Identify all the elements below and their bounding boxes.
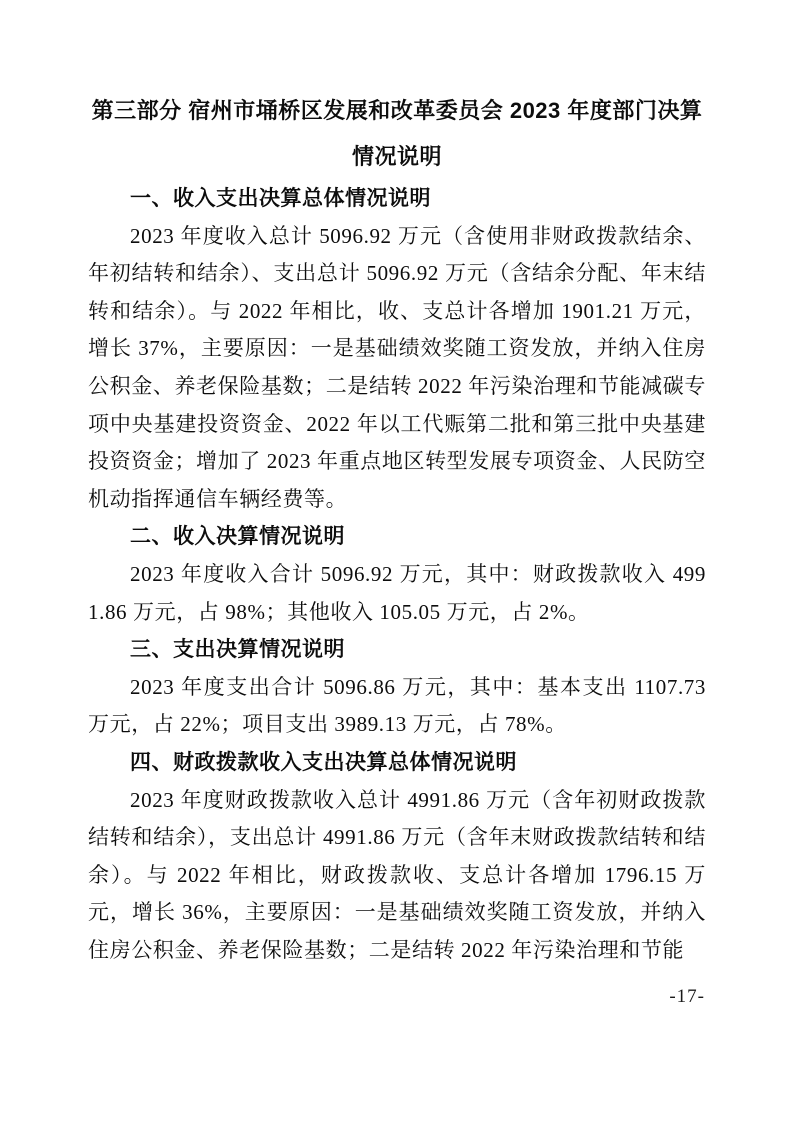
paragraph-income-expenditure-overview: 2023 年度收入总计 5096.92 万元（含使用非财政拨款结余、年初结转和结… xyxy=(88,218,706,519)
section-heading-income-expenditure-overview: 一、收入支出决算总体情况说明 xyxy=(88,180,706,218)
document-page: 第三部分 宿州市埇桥区发展和改革委员会 2023 年度部门决算 情况说明 一、收… xyxy=(0,0,793,1122)
document-title-line-1: 第三部分 宿州市埇桥区发展和改革委员会 2023 年度部门决算 xyxy=(88,88,706,134)
section-heading-fiscal-appropriation-overview: 四、财政拨款收入支出决算总体情况说明 xyxy=(88,744,706,782)
paragraph-fiscal-appropriation-overview: 2023 年度财政拨款收入总计 4991.86 万元（含年初财政拨款结转和结余）… xyxy=(88,782,706,970)
section-heading-income-details: 二、收入决算情况说明 xyxy=(88,518,706,556)
section-heading-expenditure-details: 三、支出决算情况说明 xyxy=(88,631,706,669)
document-title-line-2: 情况说明 xyxy=(88,134,706,180)
document-title: 第三部分 宿州市埇桥区发展和改革委员会 2023 年度部门决算 情况说明 xyxy=(88,88,706,180)
paragraph-expenditure-details: 2023 年度支出合计 5096.86 万元，其中：基本支出 1107.73 万… xyxy=(88,669,706,744)
page-number: -17- xyxy=(669,986,705,1008)
paragraph-income-details: 2023 年度收入合计 5096.92 万元，其中：财政拨款收入 4991.86… xyxy=(88,556,706,631)
